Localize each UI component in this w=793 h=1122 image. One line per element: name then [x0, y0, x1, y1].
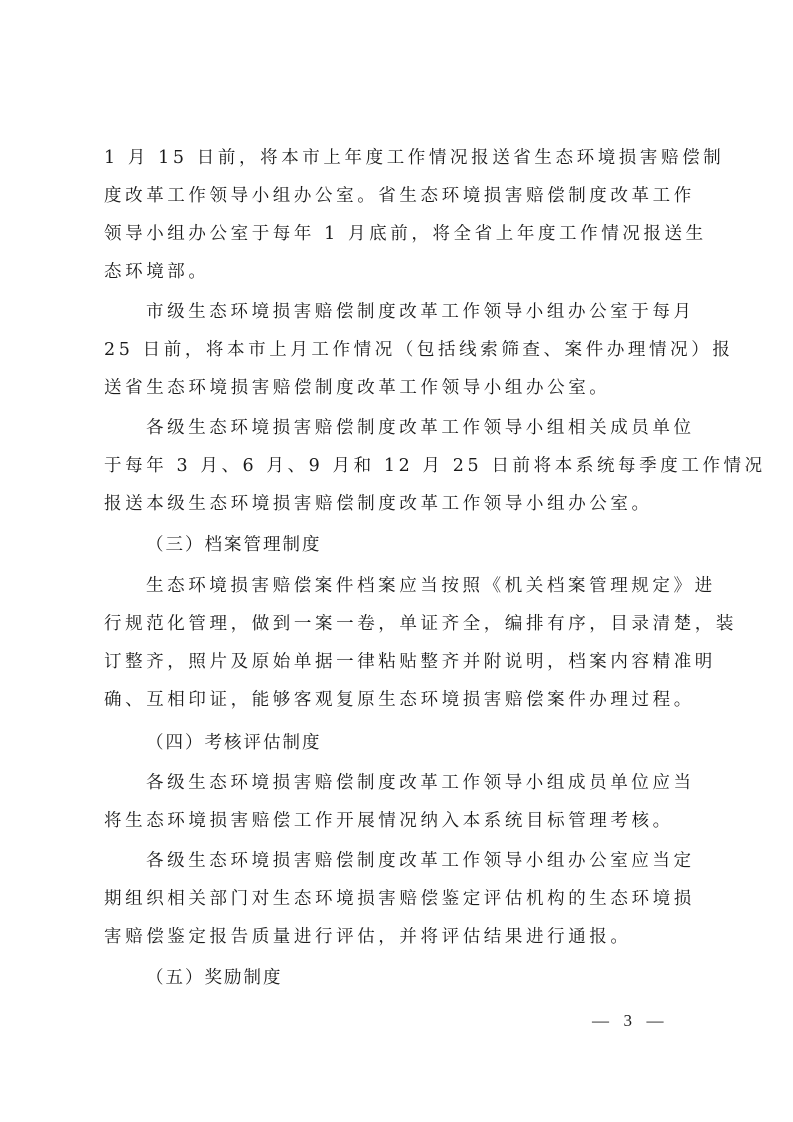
paragraph-line: 确、互相印证，能够客观复原生态环境损害赔偿案件办理过程。: [104, 685, 704, 715]
paragraph-line: 送省生态环境损害赔偿制度改革工作领导小组办公室。: [104, 373, 704, 403]
paragraph-line: 25 日前，将本市上月工作情况（包括线索筛查、案件办理情况）报: [104, 335, 704, 365]
paragraph-line: 度改革工作领导小组办公室。省生态环境损害赔偿制度改革工作: [104, 181, 704, 211]
paragraph-line: 态环境部。: [104, 257, 704, 287]
paragraph-line: 于每年 3 月、6 月、9 月和 12 月 25 日前将本系统每季度工作情况: [104, 451, 704, 481]
page-number: — 3 —: [592, 1009, 666, 1033]
paragraph-line: 订整齐，照片及原始单据一律粘贴整齐并附说明，档案内容精准明: [104, 647, 704, 677]
paragraph-line: 期组织相关部门对生态环境损害赔偿鉴定评估机构的生态环境损: [104, 884, 704, 914]
paragraph-line: 将生态环境损害赔偿工作开展情况纳入本系统目标管理考核。: [104, 806, 704, 836]
paragraph-line: 市级生态环境损害赔偿制度改革工作领导小组办公室于每月: [146, 297, 746, 327]
section-heading-assessment: （四）考核评估制度: [146, 728, 746, 758]
section-heading-reward: （五）奖励制度: [146, 963, 746, 993]
paragraph-line: 害赔偿鉴定报告质量进行评估，并将评估结果进行通报。: [104, 922, 704, 952]
document-page: 1 月 15 日前，将本市上年度工作情况报送省生态环境损害赔偿制 度改革工作领导…: [0, 0, 793, 1122]
paragraph-line: 生态环境损害赔偿案件档案应当按照《机关档案管理规定》进: [146, 571, 746, 601]
paragraph-line: 1 月 15 日前，将本市上年度工作情况报送省生态环境损害赔偿制: [104, 143, 704, 173]
section-heading-archive: （三）档案管理制度: [146, 530, 746, 560]
paragraph-line: 行规范化管理，做到一案一卷，单证齐全，编排有序，目录清楚，装: [104, 609, 704, 639]
paragraph-line: 各级生态环境损害赔偿制度改革工作领导小组相关成员单位: [146, 413, 746, 443]
paragraph-line: 各级生态环境损害赔偿制度改革工作领导小组办公室应当定: [146, 846, 746, 876]
paragraph-line: 领导小组办公室于每年 1 月底前，将全省上年度工作情况报送生: [104, 219, 704, 249]
paragraph-line: 各级生态环境损害赔偿制度改革工作领导小组成员单位应当: [146, 768, 746, 798]
paragraph-line: 报送本级生态环境损害赔偿制度改革工作领导小组办公室。: [104, 489, 704, 519]
